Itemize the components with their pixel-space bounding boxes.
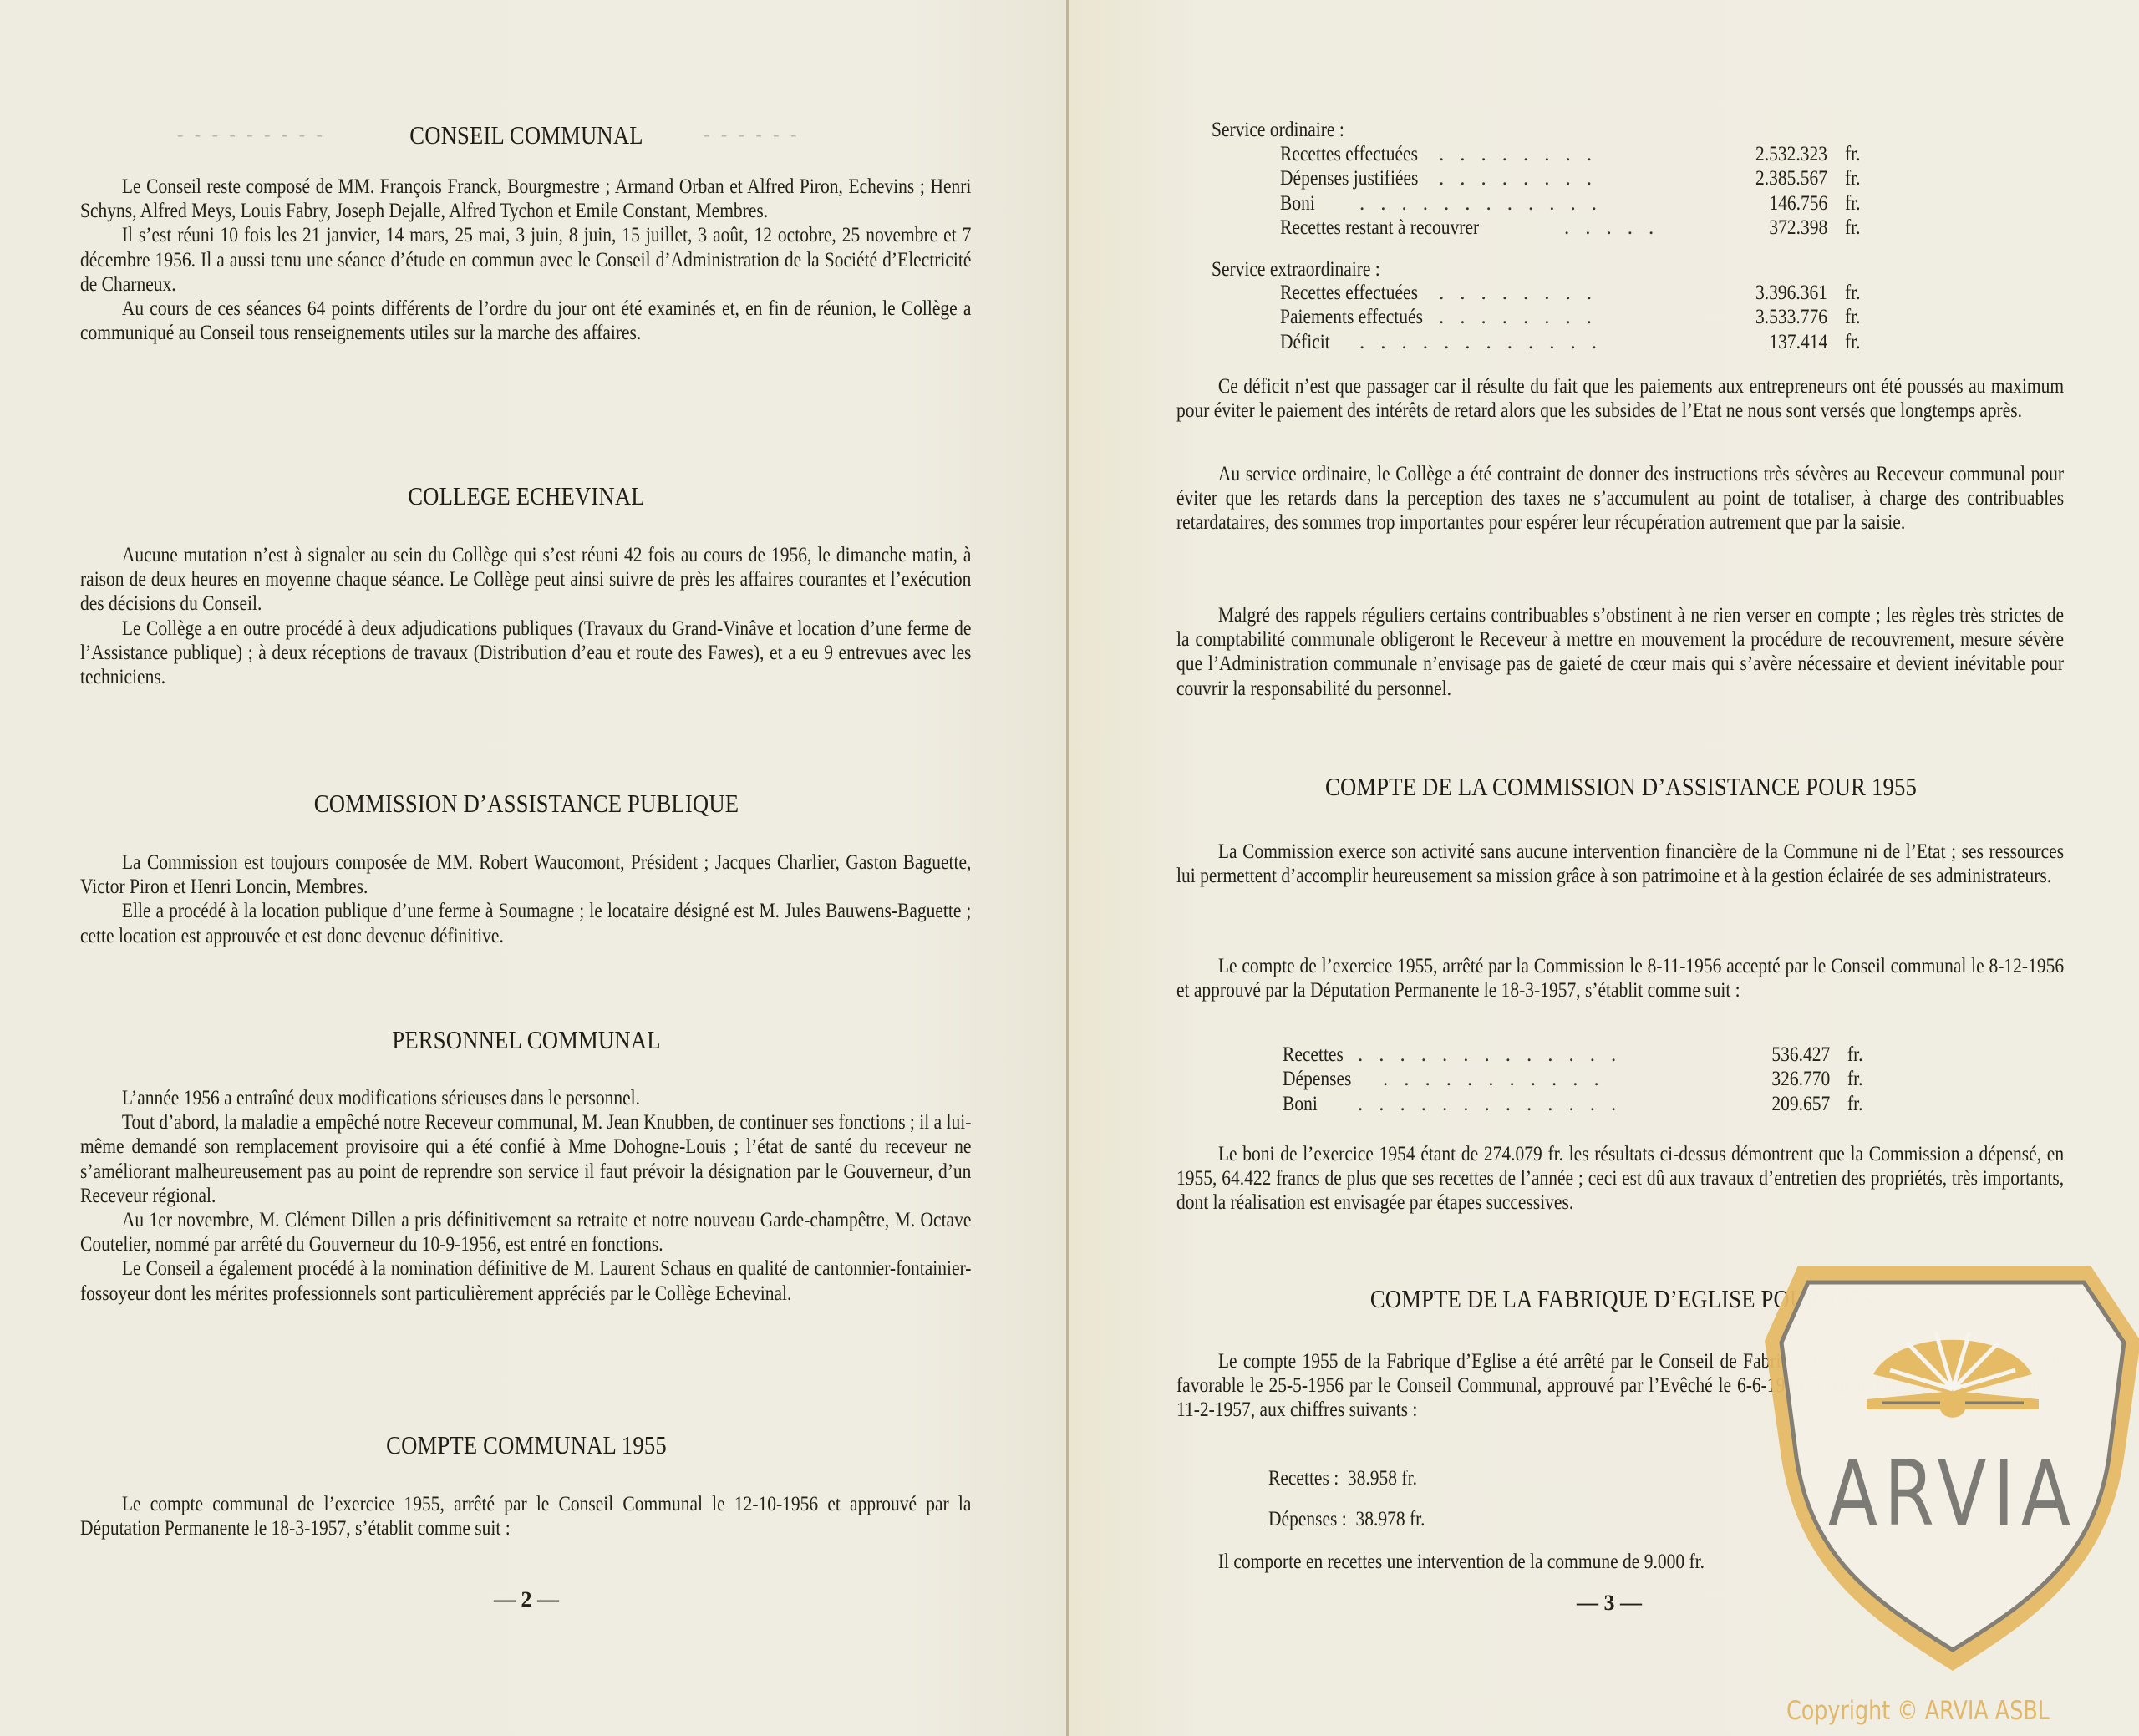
section-heading-conseil-communal: CONSEIL COMMUNAL — [311, 120, 742, 150]
paragraph: Il s’est réuni 10 fois les 21 janvier, 1… — [80, 223, 971, 297]
paragraph: Le compte de l’exercice 1955, arrêté par… — [1176, 954, 2064, 1003]
currency-unit: fr. — [1847, 1093, 1863, 1116]
finance-value: 3.533.776 — [1755, 306, 1827, 329]
leader-dots: ............ — [1359, 331, 1613, 354]
leader-dots: ............ — [1359, 192, 1613, 216]
section-heading-compte-communal: COMPTE COMMUNAL 1955 — [311, 1430, 742, 1460]
finance-value: 137.414 — [1769, 331, 1827, 354]
currency-unit: fr. — [1847, 1043, 1863, 1067]
currency-unit: fr. — [1845, 282, 1861, 305]
book-spine — [1066, 0, 1069, 1736]
currency-unit: fr. — [1845, 331, 1861, 354]
finance-value: 209.657 — [1771, 1093, 1830, 1116]
paragraph: Le boni de l’exercice 1954 étant de 274.… — [1176, 1142, 2064, 1216]
section-heading-personnel-communal: PERSONNEL COMMUNAL — [311, 1025, 742, 1055]
section-heading-commission-assistance: COMMISSION D’ASSISTANCE PUBLIQUE — [239, 789, 814, 819]
section-body-compte-assistance: La Commission exerce son activité sans a… — [1176, 840, 2064, 888]
paragraph: Le Collège a en outre procédé à deux adj… — [80, 617, 971, 690]
finance-value: 372.398 — [1769, 216, 1827, 240]
section-heading-college-echevinal: COLLEGE ECHEVINAL — [311, 481, 742, 511]
section-heading-compte-assistance: COMPTE DE LA COMMISSION D’ASSISTANCE POU… — [1226, 772, 2016, 802]
finance-value: 3.396.361 — [1755, 282, 1827, 305]
leader-dots: ........ — [1439, 143, 1608, 166]
page-number-left: — 2 — — [443, 1587, 610, 1612]
finance-value: 2.532.323 — [1755, 143, 1827, 166]
fabrique-depenses: Dépenses : 38.978 fr. — [1268, 1508, 1603, 1532]
leader-dots: ............. — [1358, 1093, 1632, 1116]
currency-unit: fr. — [1845, 216, 1861, 240]
finance-label: Boni — [1283, 1093, 1318, 1116]
finance-label: Boni — [1280, 192, 1315, 216]
finance-row: Boni.............209.657fr. — [1283, 1093, 1968, 1117]
fabrique-recettes-label: Recettes : — [1268, 1467, 1339, 1490]
finance-value: 146.756 — [1769, 192, 1827, 216]
page-number-right: — 3 — — [1526, 1591, 1693, 1616]
finance-label: Dépenses justifiées — [1280, 167, 1418, 190]
finance-row: Déficit............137.414fr. — [1280, 331, 1965, 355]
fabrique-recettes: Recettes : 38.958 fr. — [1268, 1467, 1603, 1491]
currency-unit: fr. — [1845, 192, 1861, 216]
fabrique-depenses-label: Dépenses : — [1268, 1508, 1347, 1530]
section-body-compte-communal: Le compte communal de l’exercice 1955, a… — [80, 1492, 971, 1541]
service-extraordinaire-label: Service extraordinaire : — [1212, 258, 1546, 282]
finance-value: 2.385.567 — [1755, 167, 1827, 190]
assistance-conclusion: Le boni de l’exercice 1954 étant de 274.… — [1176, 1142, 2064, 1216]
finance-value: 536.427 — [1771, 1043, 1830, 1067]
section-body-commission-assistance: La Commission est toujours composée de M… — [80, 850, 971, 948]
currency-unit: fr. — [1845, 306, 1861, 329]
fabrique-depenses-value: 38.978 fr. — [1355, 1508, 1425, 1530]
paragraph: Le compte communal de l’exercice 1955, a… — [80, 1492, 971, 1541]
leader-dots: ..... — [1564, 216, 1669, 240]
finance-row: Recettes restant à recouvrer.....372.398… — [1280, 216, 1965, 241]
paragraph: Elle a procédé à la location publique d’… — [80, 899, 971, 947]
arvia-logo-text: ARVIA — [1828, 1442, 2077, 1547]
finance-label: Dépenses — [1283, 1068, 1351, 1091]
currency-unit: fr. — [1847, 1068, 1863, 1091]
section-body-conseil-communal: Le Conseil reste composé de MM. François… — [80, 175, 971, 345]
leader-dots: ........... — [1383, 1068, 1615, 1091]
currency-unit: fr. — [1845, 167, 1861, 190]
finance-row: Recettes.............536.427fr. — [1283, 1043, 1968, 1068]
finance-label: Recettes effectuées — [1280, 282, 1418, 305]
copyright-notice: Copyright © ARVIA ASBL — [1786, 1696, 2050, 1726]
paragraph: Le Conseil reste composé de MM. François… — [80, 175, 971, 223]
finance-row: Recettes effectuées........2.532.323fr. — [1280, 143, 1965, 167]
commentary-deficit: Ce déficit n’est que passager car il rés… — [1176, 374, 2064, 423]
finance-label: Recettes effectuées — [1280, 143, 1418, 166]
paragraph: Ce déficit n’est que passager car il rés… — [1176, 374, 2064, 423]
section-body-college-echevinal: Aucune mutation n’est à signaler au sein… — [80, 543, 971, 689]
paragraph: Aucune mutation n’est à signaler au sein… — [80, 543, 971, 617]
section-body-compte-assistance-2: Le compte de l’exercice 1955, arrêté par… — [1176, 954, 2064, 1003]
paragraph: L’année 1956 a entraîné deux modificatio… — [80, 1086, 971, 1110]
commentary-rappels: Malgré des rappels réguliers certains co… — [1176, 603, 2064, 701]
currency-unit: fr. — [1845, 143, 1861, 166]
section-body-personnel-communal: L’année 1956 a entraîné deux modificatio… — [80, 1086, 971, 1306]
finance-row: Paiements effectués........3.533.776fr. — [1280, 306, 1965, 330]
finance-label: Recettes — [1283, 1043, 1344, 1067]
finance-row: Recettes effectuées........3.396.361fr. — [1280, 282, 1965, 306]
leader-dots: ........ — [1439, 167, 1608, 190]
paragraph: Tout d’abord, la maladie a empêché notre… — [80, 1110, 971, 1208]
paragraph: Au 1er novembre, M. Clément Dillen a pri… — [80, 1208, 971, 1256]
finance-row: Dépenses...........326.770fr. — [1283, 1068, 1968, 1092]
leader-dots: ........ — [1439, 282, 1608, 305]
finance-label: Paiements effectués — [1280, 306, 1423, 329]
fabrique-recettes-value: 38.958 fr. — [1348, 1467, 1417, 1490]
finance-row: Dépenses justifiées........2.385.567fr. — [1280, 167, 1965, 191]
bleed-through-marks: - - - - - - - - - — [177, 124, 326, 145]
service-ordinaire-label: Service ordinaire : — [1212, 119, 1546, 143]
paragraph: La Commission est toujours composée de M… — [80, 850, 971, 899]
paragraph: Le Conseil a également procédé à la nomi… — [80, 1256, 971, 1305]
paragraph: La Commission exerce son activité sans a… — [1176, 840, 2064, 888]
finance-label: Recettes restant à recouvrer — [1280, 216, 1479, 240]
leader-dots: ............. — [1358, 1043, 1632, 1067]
paragraph: Malgré des rappels réguliers certains co… — [1176, 603, 2064, 701]
finance-row: Boni............146.756fr. — [1280, 192, 1965, 216]
finance-value: 326.770 — [1771, 1068, 1830, 1091]
commentary-service-ordinaire: Au service ordinaire, le Collège a été c… — [1176, 462, 2064, 536]
paragraph: Au cours de ces séances 64 points différ… — [80, 297, 971, 345]
arvia-shield-logo: ARVIA — [1765, 1249, 2139, 1692]
leader-dots: ........ — [1439, 306, 1608, 329]
paragraph: Au service ordinaire, le Collège a été c… — [1176, 462, 2064, 536]
finance-label: Déficit — [1280, 331, 1330, 354]
